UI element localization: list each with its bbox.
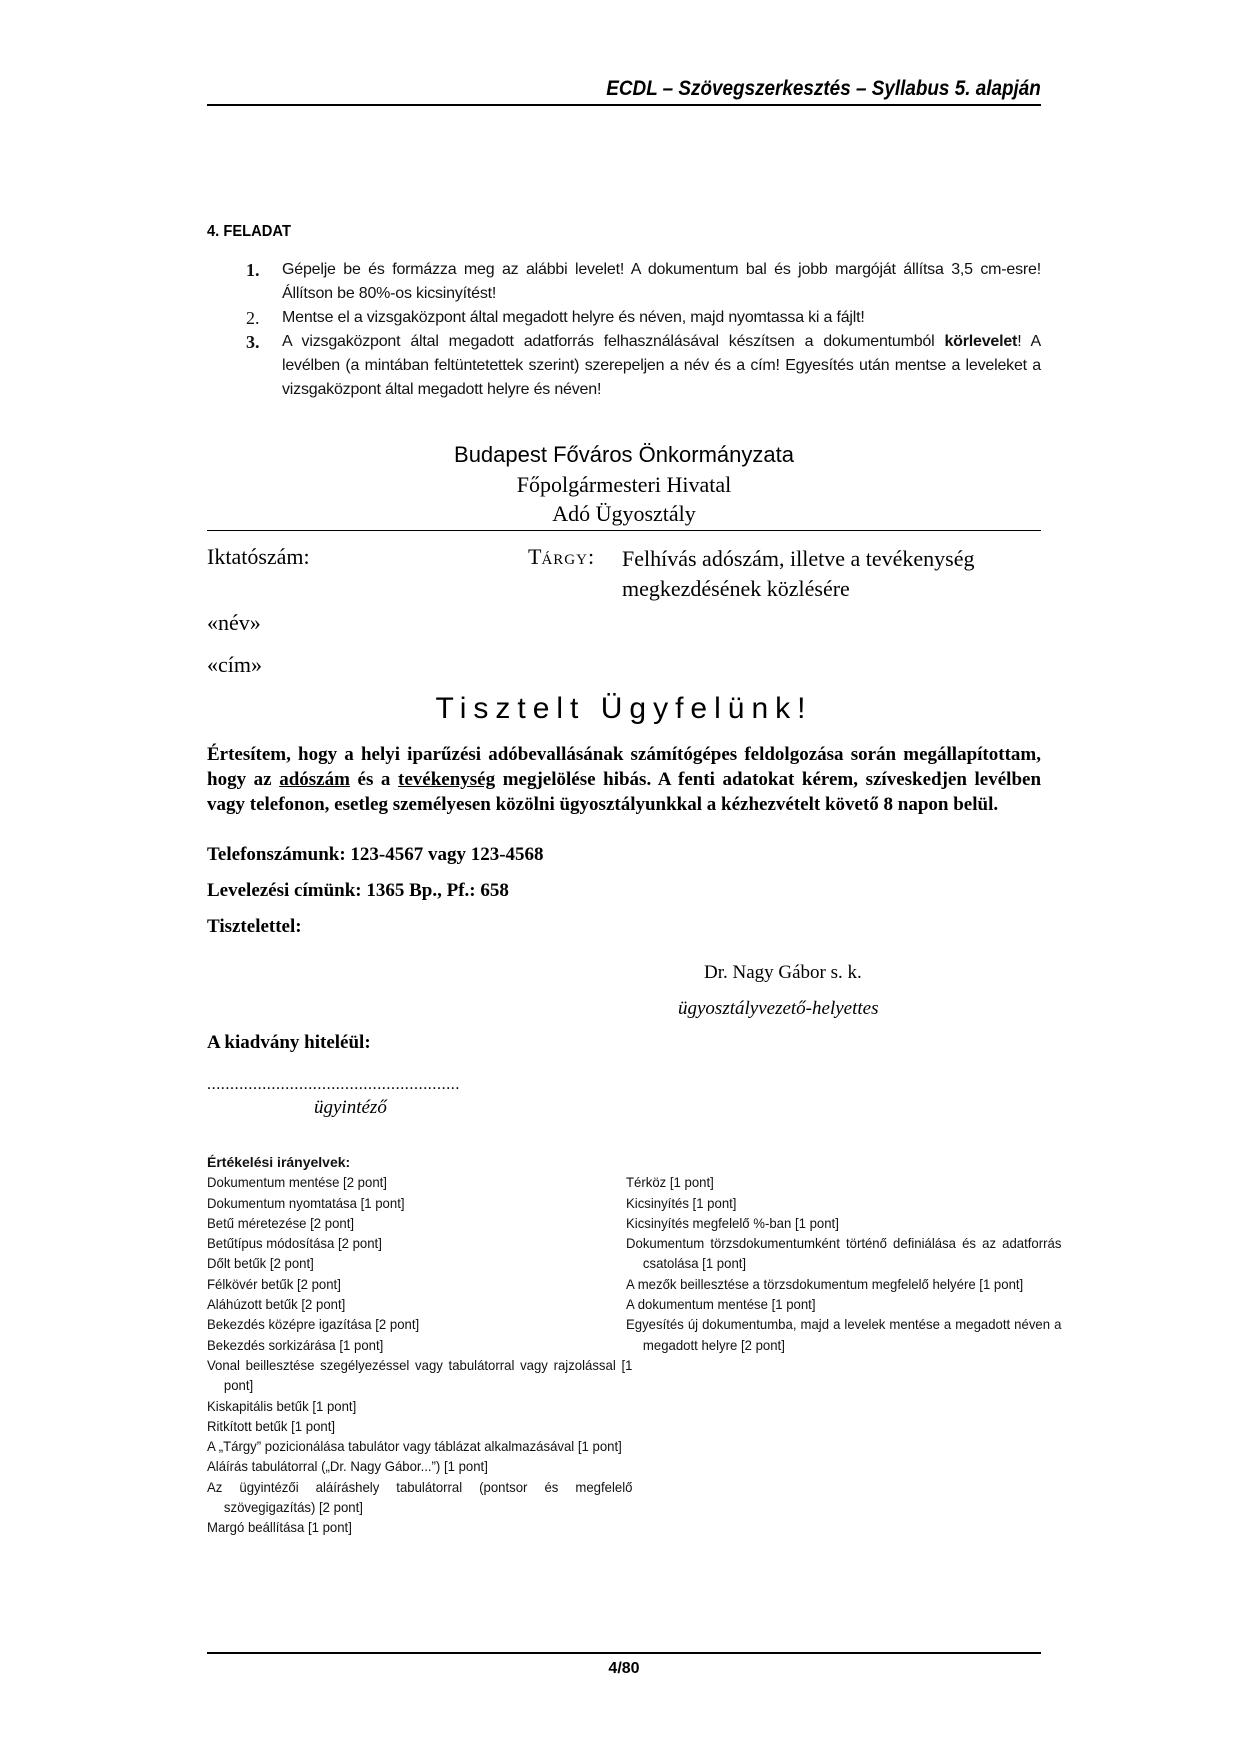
evaluation-item: A mezők beillesztése a törzsdokumentum m… bbox=[626, 1274, 1061, 1294]
letter-greeting: Tisztelt Ügyfelünk! bbox=[207, 692, 1041, 726]
page-header: ECDL – Szövegszerkesztés – Syllabus 5. a… bbox=[207, 72, 1041, 106]
evaluation-item: Aláírás tabulátorral („Dr. Nagy Gábor...… bbox=[207, 1456, 632, 1476]
underlined-term: adószám bbox=[279, 769, 350, 790]
evaluation-item: Egyesítés új dokumentumba, majd a levele… bbox=[626, 1314, 1061, 1355]
subject-label: TÁRGY: bbox=[528, 544, 594, 570]
evaluation-item: Bekezdés sorkizárása [1 pont] bbox=[207, 1335, 632, 1355]
task-number: 1. bbox=[246, 258, 260, 282]
phone-line: Telefonszámunk: 123-4567 vagy 123-4568 bbox=[207, 844, 544, 866]
signature-dotted-line: ........................................… bbox=[207, 1076, 460, 1094]
evaluation-item: Dokumentum törzsdokumentumként történő d… bbox=[626, 1233, 1061, 1274]
org-department: Adó Ügyosztály bbox=[207, 499, 1041, 528]
task-text: Gépelje be és formázza meg az alábbi lev… bbox=[282, 258, 1041, 306]
task-text: Mentse el a vizsgaközpont által megadott… bbox=[282, 306, 1041, 330]
task-number: 2. bbox=[246, 306, 260, 330]
evaluation-item: Vonal beillesztése szegélyezéssel vagy t… bbox=[207, 1355, 632, 1396]
evaluation-title: Értékelési irányelvek: bbox=[207, 1152, 617, 1172]
task-list: 1. Gépelje be és formázza meg az alábbi … bbox=[240, 258, 1041, 402]
task-item: 2. Mentse el a vizsgaközpont által megad… bbox=[240, 306, 1041, 330]
task-item: 3. A vizsgaközpont által megadott adatfo… bbox=[240, 330, 1041, 402]
letterhead-divider bbox=[207, 530, 1041, 531]
underlined-term: tevékenység bbox=[398, 769, 495, 790]
subject-text: Felhívás adószám, illetve a tevékenység … bbox=[622, 544, 1052, 604]
evaluation-item: Ritkított betűk [1 pont] bbox=[207, 1416, 632, 1436]
evaluation-item: Bekezdés középre igazítása [2 pont] bbox=[207, 1314, 632, 1334]
evaluation-item: Térköz [1 pont] bbox=[626, 1172, 1061, 1192]
evaluation-criteria-left: Értékelési irányelvek: Dokumentum mentés… bbox=[207, 1152, 617, 1538]
task-text: A vizsgaközpont által megadott adatforrá… bbox=[282, 330, 1041, 402]
evaluation-item: Margó beállítása [1 pont] bbox=[207, 1517, 632, 1537]
letter-body: Értesítem, hogy a helyi iparűzési adóbev… bbox=[207, 742, 1041, 817]
merge-field-name: «név» bbox=[207, 610, 261, 636]
postal-address-line: Levelezési címünk: 1365 Bp., Pf.: 658 bbox=[207, 880, 509, 902]
evaluation-item: Dőlt betűk [2 pont] bbox=[207, 1253, 632, 1273]
merge-field-address: «cím» bbox=[207, 652, 262, 678]
deadline: 8 napon belül bbox=[884, 794, 994, 815]
evaluation-item: Kicsinyítés [1 pont] bbox=[626, 1193, 1061, 1213]
evaluation-item: Betűtípus módosítása [2 pont] bbox=[207, 1233, 632, 1253]
evaluation-item: Dokumentum nyomtatása [1 pont] bbox=[207, 1193, 632, 1213]
evaluation-item: Kicsinyítés megfelelő %-ban [1 pont] bbox=[626, 1213, 1061, 1233]
attestation-label: A kiadvány hiteléül: bbox=[207, 1032, 371, 1054]
evaluation-item: A dokumentum mentése [1 pont] bbox=[626, 1294, 1061, 1314]
evaluation-item: A „Tárgy” pozicionálása tabulátor vagy t… bbox=[207, 1436, 632, 1456]
bold-keyword: körlevelet bbox=[944, 333, 1017, 350]
document-page: ECDL – Szövegszerkesztés – Syllabus 5. a… bbox=[0, 0, 1240, 1754]
header-title: ECDL – Szövegszerkesztés – Syllabus 5. a… bbox=[606, 77, 1041, 101]
closing: Tisztelettel: bbox=[207, 916, 302, 938]
evaluation-item: Kiskapitális betűk [1 pont] bbox=[207, 1396, 632, 1416]
reference-number-label: Iktatószám: bbox=[207, 544, 310, 570]
task-number: 3. bbox=[246, 330, 260, 354]
evaluation-item: Betű méretezése [2 pont] bbox=[207, 1213, 632, 1233]
evaluation-item: Az ügyintézői aláíráshely tabulátorral (… bbox=[207, 1477, 632, 1518]
evaluation-item: Dokumentum mentése [2 pont] bbox=[207, 1172, 632, 1192]
evaluation-item: Aláhúzott betűk [2 pont] bbox=[207, 1294, 632, 1314]
org-office: Főpolgármesteri Hivatal bbox=[207, 470, 1041, 499]
evaluation-item: Félkövér betűk [2 pont] bbox=[207, 1274, 632, 1294]
footer-divider bbox=[207, 1652, 1041, 1654]
task-title: 4. FELADAT bbox=[207, 223, 291, 241]
page-number: 4/80 bbox=[207, 1660, 1041, 1678]
signer-title: ügyosztályvezető-helyettes bbox=[678, 998, 878, 1020]
org-name: Budapest Főváros Önkormányzata bbox=[207, 440, 1041, 470]
evaluation-criteria-right: Térköz [1 pont]Kicsinyítés [1 pont]Kicsi… bbox=[626, 1152, 1046, 1355]
letter-letterhead: Budapest Főváros Önkormányzata Főpolgárm… bbox=[207, 440, 1041, 528]
signer-name: Dr. Nagy Gábor s. k. bbox=[704, 962, 862, 984]
task-item: 1. Gépelje be és formázza meg az alábbi … bbox=[240, 258, 1041, 306]
clerk-label: ügyintéző bbox=[314, 1097, 387, 1119]
